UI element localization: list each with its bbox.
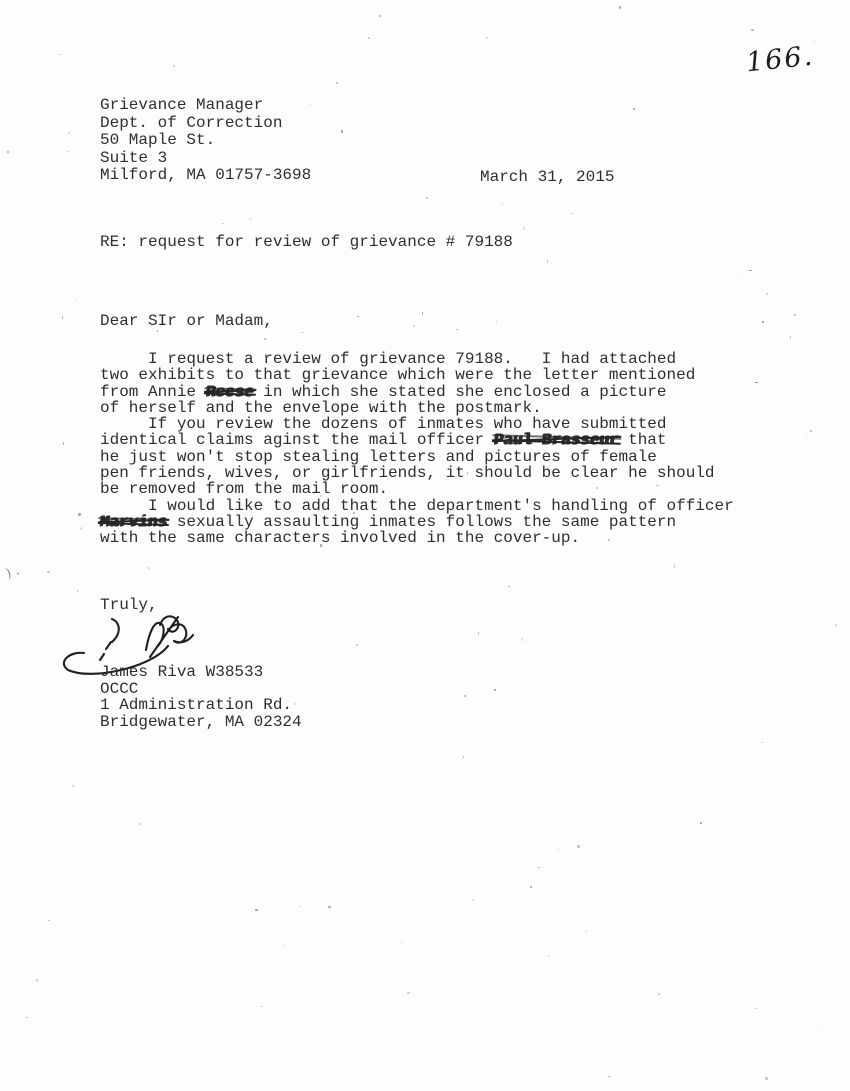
scan-dust-dot — [521, 638, 523, 641]
scan-dust-dot — [401, 941, 402, 944]
scan-dust-dot — [36, 979, 37, 981]
body-text-segment: that — [619, 431, 667, 449]
scan-dust-dot — [271, 482, 273, 484]
scan-dust-dot — [368, 37, 370, 39]
scanned-letter-page: 166. Grievance ManagerDept. of Correctio… — [0, 0, 850, 1091]
body-line: of herself and the envelope with the pos… — [100, 400, 734, 416]
scan-dust-dot — [76, 299, 77, 300]
scan-dust-dot — [67, 151, 69, 152]
scan-dust-dot — [7, 151, 8, 153]
scan-dust-dot — [658, 993, 660, 995]
scan-dust-dot — [656, 485, 659, 487]
scan-dust-dot — [260, 1006, 262, 1007]
sender-line: James Riva W38533 — [100, 664, 302, 681]
body-line: two exhibits to that grievance which wer… — [100, 367, 734, 383]
scan-dust-dot — [486, 37, 488, 39]
handwritten-page-number: 166. — [745, 41, 816, 79]
scan-dust-dot — [765, 1077, 767, 1080]
scan-dust-dot — [794, 314, 796, 316]
body-line: Marvins sexually assaulting inmates foll… — [100, 514, 734, 530]
recipient-address: Grievance ManagerDept. of Correction50 M… — [100, 97, 311, 185]
scan-dust-dot — [299, 906, 300, 907]
scan-dust-dot — [283, 945, 285, 946]
scan-dust-dot — [72, 785, 75, 788]
sender-line: 1 Administration Rd. — [100, 697, 302, 714]
scan-dust-dot — [741, 276, 743, 277]
body-line: with the same characters involved in the… — [100, 530, 734, 546]
scan-dust-dot — [633, 108, 635, 110]
scan-dust-dot — [328, 906, 330, 908]
scan-dust-dot — [473, 899, 474, 901]
scan-dust-dot — [80, 527, 82, 530]
scan-dust-dot — [336, 82, 338, 84]
scan-dust-dot — [456, 329, 459, 330]
scan-dust-dot — [357, 316, 359, 318]
body-text-segment: in which she stated she enclosed a pictu… — [254, 383, 667, 401]
scan-dust-dot — [751, 29, 753, 31]
body-line: be removed from the mail room. — [100, 481, 734, 497]
scan-dust-dot — [78, 513, 80, 516]
scan-dust-dot — [62, 316, 63, 319]
scan-dust-dot — [586, 930, 587, 931]
scan-dust-dot — [523, 227, 525, 229]
address-line: Dept. of Correction — [100, 115, 311, 133]
scan-dust-dot — [558, 849, 559, 850]
scan-dust-dot — [761, 742, 763, 743]
scan-dust-dot — [700, 822, 702, 824]
sender-line: OCCC — [100, 681, 302, 698]
scan-dust-dot — [294, 703, 296, 704]
scan-dust-dot — [501, 203, 503, 204]
scan-dust-dot — [806, 437, 808, 438]
scan-dust-dot — [255, 909, 258, 911]
scan-dust-dot — [356, 644, 358, 647]
scan-dust-dot — [249, 218, 251, 220]
scan-dust-dot — [402, 460, 404, 462]
scan-dust-dot — [301, 332, 304, 333]
scan-dust-dot — [674, 565, 675, 568]
address-line: Suite 3 — [100, 150, 311, 168]
scan-dust-dot — [530, 886, 532, 888]
scan-dust-dot — [148, 567, 150, 569]
scan-dust-dot — [608, 1076, 610, 1077]
subject-line: RE: request for review of grievance # 79… — [100, 234, 513, 250]
sender-line: Bridgewater, MA 02324 — [100, 714, 302, 731]
scan-dust-dot — [222, 223, 224, 225]
address-line: Milford, MA 01757-3698 — [100, 167, 311, 185]
salutation: Dear SIr or Madam, — [100, 313, 273, 329]
scan-dust-dot — [508, 586, 510, 587]
scan-dust-dot — [818, 1025, 819, 1026]
scan-dust-dot — [68, 132, 70, 134]
scan-dust-dot — [835, 624, 837, 626]
scan-dust-dot — [140, 823, 141, 825]
scan-dust-dot — [814, 41, 815, 42]
body-text-segment: from Annie — [100, 383, 206, 401]
scan-dust-dot — [790, 336, 791, 338]
stray-pen-mark: ) . — [4, 563, 21, 581]
scan-dust-dot — [496, 321, 497, 323]
scan-dust-dot — [173, 65, 175, 67]
scan-dust-dot — [467, 472, 468, 475]
scan-dust-dot — [762, 321, 764, 323]
scan-dust-dot — [538, 867, 540, 869]
scan-dust-dot — [48, 920, 50, 921]
address-line: Grievance Manager — [100, 97, 311, 115]
letter-body: I request a review of grievance 79188. I… — [100, 351, 734, 547]
scan-dust-dot — [422, 312, 424, 314]
overstruck-redacted-name: Marvins — [99, 514, 168, 530]
scan-dust-dot — [464, 695, 466, 697]
scan-dust-dot — [47, 571, 50, 572]
scan-dust-dot — [547, 260, 548, 263]
scan-dust-dot — [570, 213, 573, 214]
body-line: I request a review of grievance 79188. I… — [100, 351, 734, 367]
scan-dust-dot — [749, 270, 752, 271]
scan-dust-dot — [63, 442, 64, 444]
scan-dust-dot — [478, 632, 480, 635]
body-line: he just won't stop stealing letters and … — [100, 449, 734, 465]
scan-dust-dot — [157, 330, 158, 333]
scan-dust-dot — [577, 845, 579, 847]
scan-dust-dot — [413, 325, 415, 327]
scan-dust-dot — [379, 15, 380, 17]
scan-dust-dot — [755, 382, 757, 384]
body-line: I would like to add that the department'… — [100, 498, 734, 514]
scan-dust-dot — [548, 955, 551, 958]
address-line: 50 Maple St. — [100, 132, 311, 150]
overstruck-redacted-name: Paul Brasseur — [493, 432, 619, 448]
scan-dust-dot — [26, 1017, 28, 1018]
scan-dust-dot — [494, 689, 496, 690]
overstruck-redacted-name: Reese — [205, 384, 254, 400]
scan-dust-dot — [407, 992, 409, 994]
scan-dust-dot — [619, 6, 621, 9]
scan-dust-dot — [320, 544, 322, 546]
scan-dust-dot — [755, 1008, 757, 1009]
scan-dust-dot — [264, 338, 266, 340]
scan-dust-dot — [77, 590, 78, 592]
scan-dust-dot — [810, 430, 812, 431]
body-line: If you review the dozens of inmates who … — [100, 416, 734, 432]
scan-dust-dot — [766, 293, 768, 295]
body-text-segment: sexually assaulting inmates follows the … — [167, 513, 676, 531]
body-text-segment: identical claims aginst the mail officer — [100, 431, 494, 449]
body-line: pen friends, wives, or girlfriends, it s… — [100, 465, 734, 481]
letter-date: March 31, 2015 — [480, 169, 614, 185]
body-line: identical claims aginst the mail officer… — [100, 432, 734, 448]
scan-dust-dot — [463, 756, 464, 758]
sender-block: James Riva W38533OCCC1 Administration Rd… — [100, 664, 302, 730]
scan-dust-dot — [426, 197, 428, 199]
scan-dust-dot — [59, 54, 61, 55]
body-line: from Annie Reese in which she stated she… — [100, 384, 734, 400]
scan-dust-dot — [341, 130, 343, 133]
